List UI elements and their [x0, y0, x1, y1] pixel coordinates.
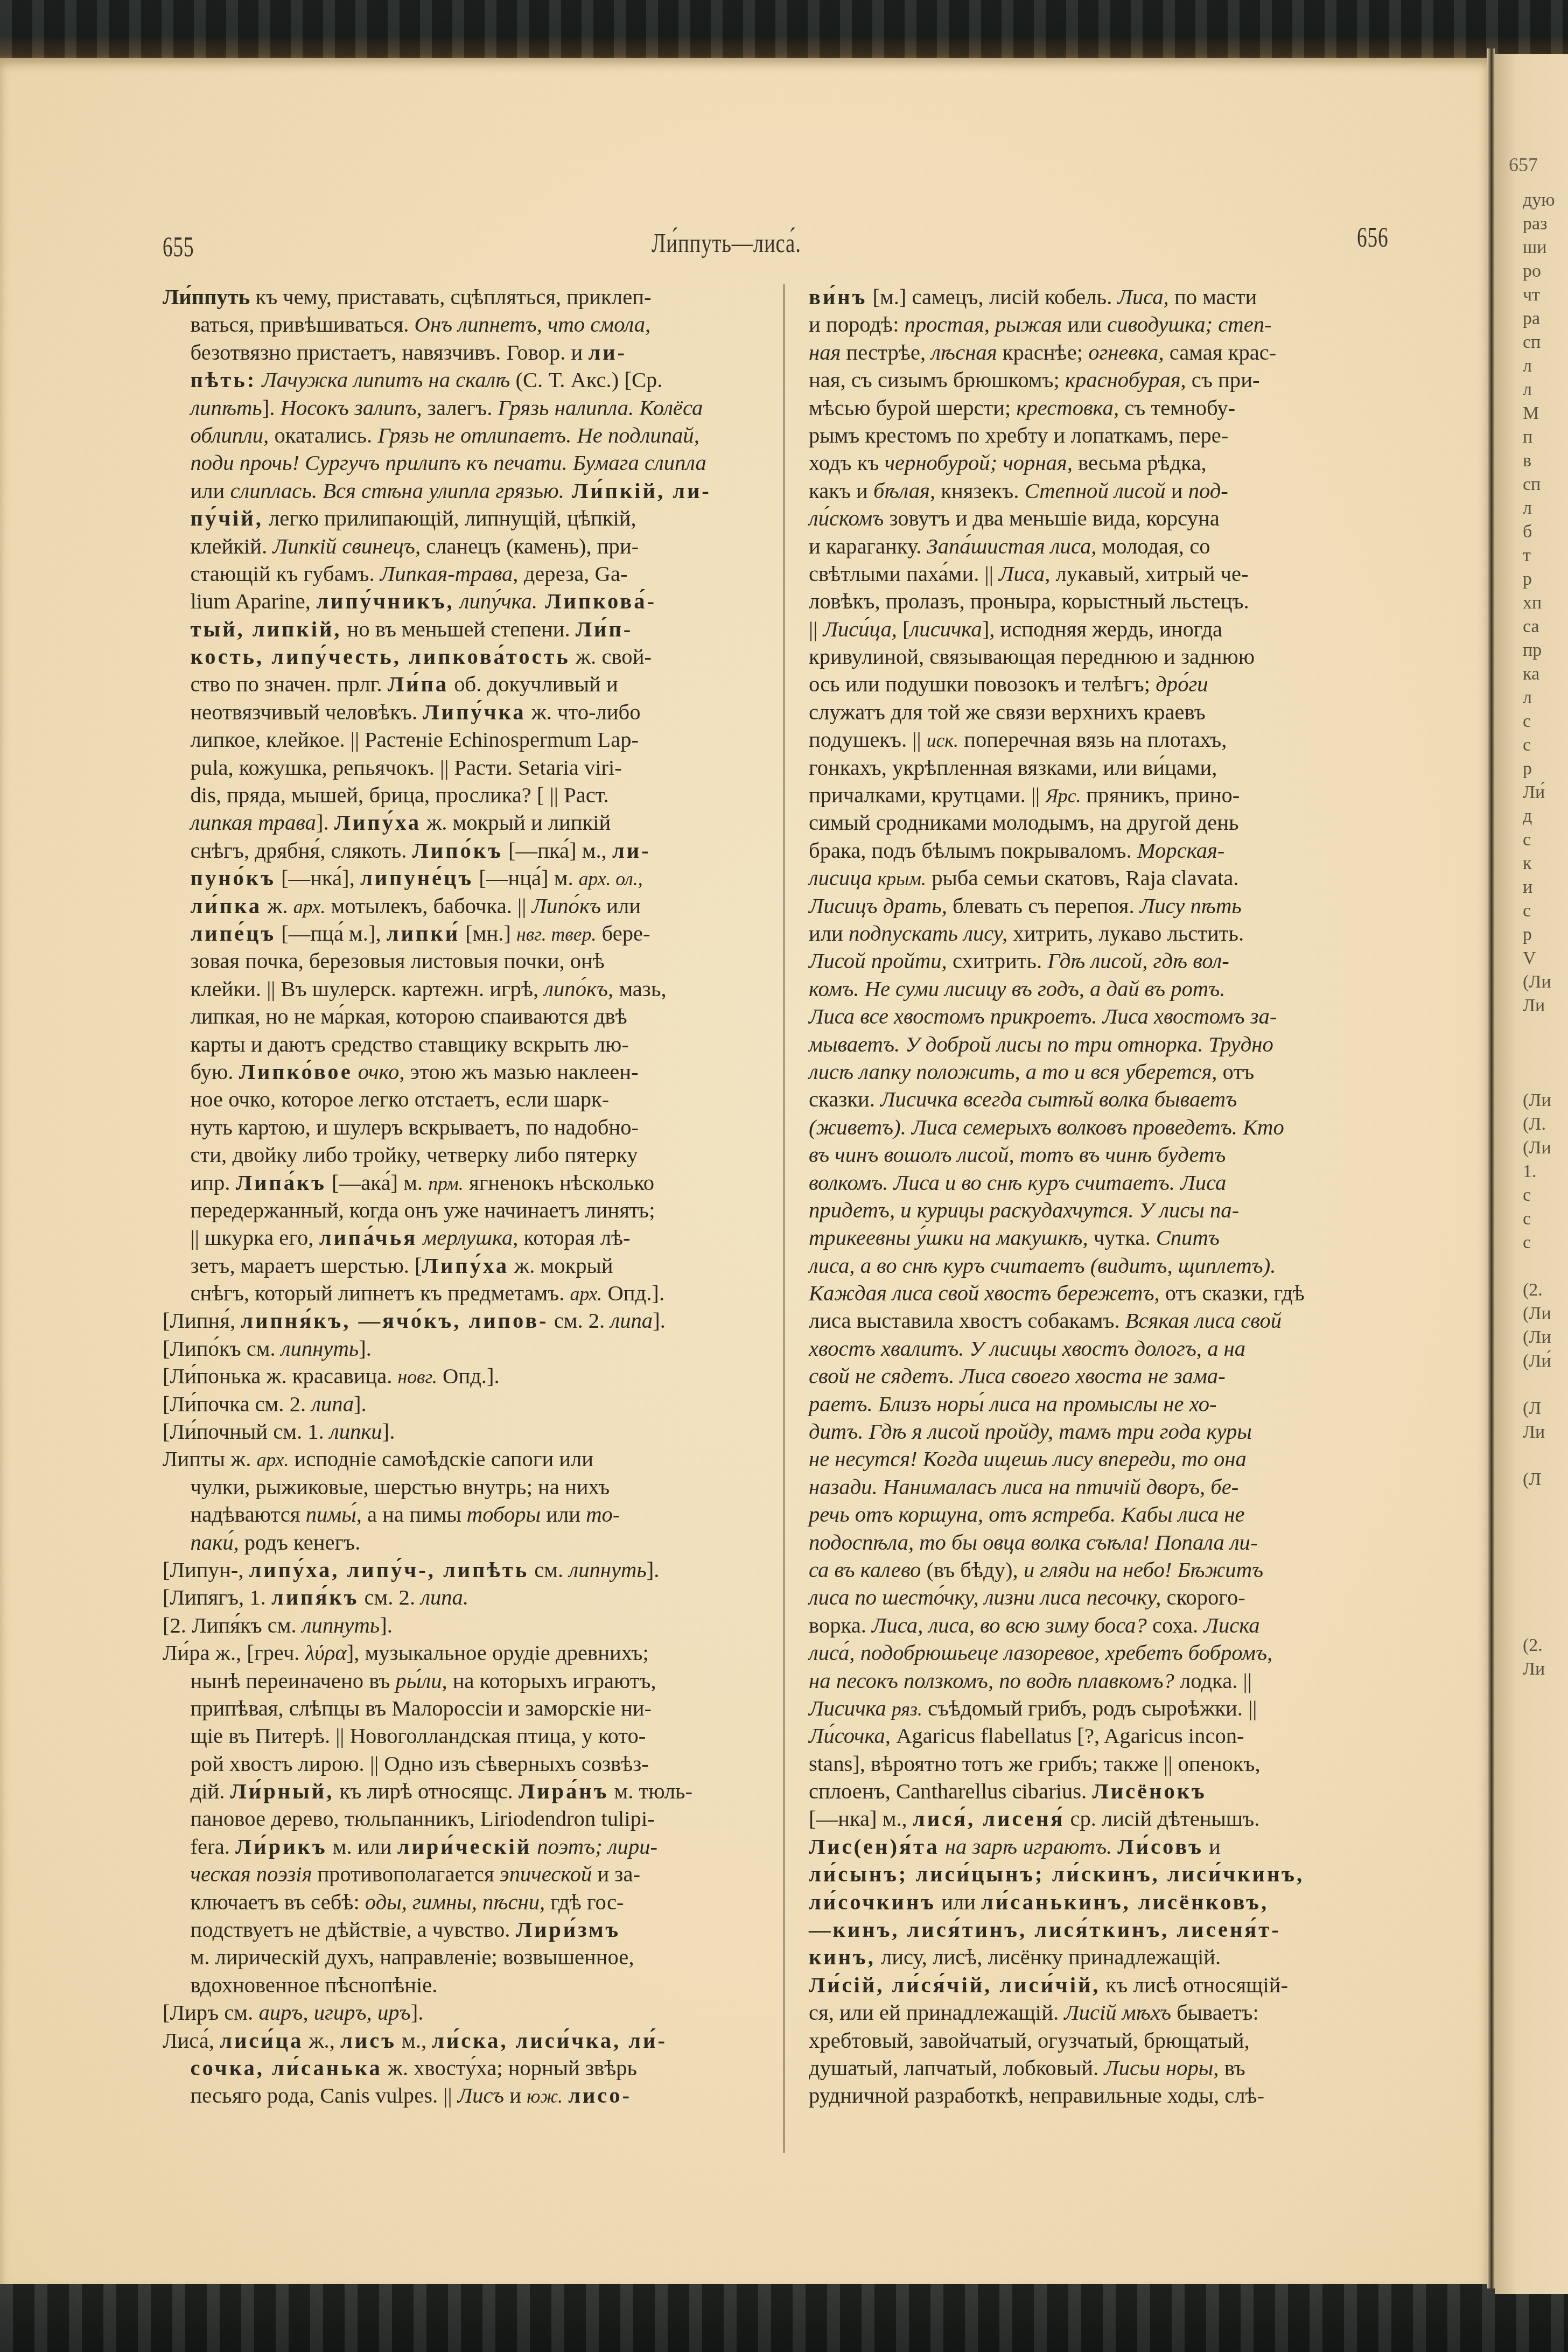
column-divider — [783, 284, 785, 2153]
adjacent-page-fragment: в — [1523, 449, 1555, 473]
body-text: [—пца́ м.], — [276, 921, 387, 946]
body-text: подствуетъ не дѣйствіе, а чувство. — [191, 1917, 516, 1942]
adjacent-page-fragment: б — [1523, 520, 1555, 544]
text-line: липкая трава]. Липу́ха ж. мокрый и липкі… — [163, 809, 788, 836]
body-text: Опд.]. — [437, 1363, 500, 1388]
adjacent-page-fragment: сп — [1523, 331, 1555, 354]
italic-text: то- — [586, 1502, 620, 1527]
italic-text: арх. — [570, 1283, 603, 1305]
body-text: соха. — [1147, 1613, 1204, 1637]
body-text: мѣсью бурой шерсти; — [809, 395, 1016, 420]
headword: —кинъ, лися́тинъ, лися́ткинъ, лисеня́т- — [809, 1917, 1281, 1942]
adjacent-page-fragment — [1523, 1492, 1555, 1515]
headword: липа́чья — [319, 1225, 417, 1250]
text-line: раетъ. Близъ норы́ лиса на промыслы не х… — [809, 1390, 1406, 1418]
body-text: ср. лисій дѣтенышъ. — [1065, 1806, 1259, 1831]
body-text: весьма рѣдка, — [1073, 450, 1207, 475]
headword: Липко́вое — [239, 1059, 353, 1084]
headword: ли́пка — [191, 893, 262, 918]
text-line: карты и даютъ средство ставщику вскрыть … — [163, 1031, 788, 1058]
body-text: и — [1203, 1834, 1221, 1859]
headword: Ли́пкій, ли- — [564, 478, 711, 503]
body-text: на которыхъ играютъ, — [447, 1668, 656, 1693]
text-line: Лисой пройти, схитрить. Гдѣ лисой, гдѣ в… — [809, 947, 1406, 975]
text-line: Липты ж. арх. исподніе самоѣдскіе сапоги… — [163, 1445, 760, 1473]
italic-text: ли́скомъ — [809, 506, 884, 530]
italic-text: ная — [809, 340, 841, 365]
body-text: [Ли́почка см. 2. — [163, 1391, 311, 1416]
italic-text: арх. — [257, 1449, 289, 1471]
body-text: [—нка́], — [276, 865, 360, 890]
adjacent-page-fragment: Ли — [1523, 994, 1555, 1018]
italic-text: волкомъ. Лиса и во снѣ куръ считаетъ. Ли… — [809, 1170, 1226, 1195]
italic-text: Гдѣ лисой, гдѣ вол- — [1047, 948, 1229, 973]
italic-text: Лиса, — [999, 561, 1050, 586]
text-line: сти, двойку либо тройку, четверку либо п… — [163, 1141, 788, 1168]
page-number-left: 655 — [163, 232, 194, 263]
italic-text: прм. — [428, 1173, 464, 1194]
italic-text: липкая трава — [191, 810, 316, 835]
text-line: душатый, лапчатый, лобковый. Лисьи норы,… — [809, 2054, 1406, 2082]
italic-text: Каждая лиса свой хвостъ бережетъ, — [809, 1280, 1160, 1305]
italic-text: дро́ги — [1156, 671, 1208, 696]
body-text: бере- — [596, 921, 650, 946]
body-text: [Липня́, — [163, 1308, 241, 1333]
body-text: (въ бѣду), — [921, 1557, 1024, 1582]
text-line: облипли, окатались. Грязь не отлипаетъ. … — [163, 422, 788, 449]
body-text: ]. — [359, 1336, 372, 1361]
text-line: лиса, а во снѣ куръ считаетъ (видитъ, щи… — [809, 1252, 1406, 1279]
text-line: дитъ. Гдѣ я лисой пройду, тамъ три года … — [809, 1418, 1406, 1445]
body-text: или — [936, 1889, 981, 1914]
italic-text: свой не сядетъ. Лиса своего хвоста не за… — [809, 1363, 1226, 1388]
adjacent-page-fragment: (2. — [1523, 1634, 1555, 1657]
italic-text: огневка, — [1088, 340, 1164, 365]
italic-text: Лисичка — [809, 1696, 886, 1720]
headword: Ли́па — [388, 671, 449, 696]
italic-text: новг. — [398, 1366, 437, 1388]
body-text: а на пимы — [362, 1502, 467, 1527]
body-text: хребтовый, завойчатый, огузчатый, брющат… — [809, 2028, 1250, 2053]
body-text: дій. — [191, 1779, 230, 1803]
italic-text: лисѣ лапку положить, а то и вся уберется… — [809, 1059, 1217, 1084]
body-text: или — [191, 478, 230, 503]
body-text — [353, 1059, 358, 1084]
text-line: [Ли́почный см. 1. липки]. — [163, 1418, 760, 1445]
italic-text: Лиса, лиса, во всю зиму боса? — [872, 1613, 1147, 1637]
body-text: см. 2. — [359, 1585, 421, 1609]
italic-text: липнуть — [281, 1336, 359, 1361]
text-line: и породѣ: простая, рыжая или сиводушка; … — [809, 311, 1406, 338]
headword: Ли́совъ — [1117, 1834, 1203, 1859]
adjacent-page-fragment — [1523, 1041, 1555, 1065]
adjacent-page-fragment: сп — [1523, 473, 1555, 496]
headword: липуне́цъ — [360, 865, 473, 890]
body-text — [940, 1834, 945, 1859]
text-line: м. лирическій духъ, направленіе; возвыше… — [163, 1943, 788, 1971]
text-line: песьяго рода, Canis vulpes. || Лисъ и юж… — [163, 2082, 788, 2109]
italic-text: подпускать лису, — [849, 921, 1007, 946]
page-header: 655 Ли́ппуть—лиса́. 656 — [0, 220, 1487, 263]
text-line: ная, съ сизымъ брюшкомъ; краснобурая, съ… — [809, 366, 1406, 394]
body-text: [—нка] м., — [809, 1806, 913, 1831]
text-line: снѣгъ, дрябня́, слякоть. Липо́къ [—пка́]… — [163, 837, 788, 864]
body-text: м., — [396, 2028, 432, 2053]
body-text: пестрѣе, — [841, 340, 931, 365]
adjacent-page-fragment — [1523, 1563, 1555, 1586]
body-text: припѣвая, слѣпцы въ Малороссіи и заморск… — [191, 1696, 652, 1720]
text-line: ческая поэзія противополагается эпическо… — [163, 1860, 788, 1888]
text-line: свой не сядетъ. Лиса своего хвоста не за… — [809, 1362, 1406, 1390]
body-text: и породѣ: — [809, 312, 905, 337]
italic-text: Спитъ — [1156, 1225, 1220, 1250]
body-text: щіе въ Питерѣ. || Новоголландская птица,… — [191, 1723, 646, 1748]
italic-text: крым. — [878, 868, 926, 890]
text-line: [Липо́къ см. липнуть]. — [163, 1335, 760, 1362]
body-text: dis, пряда, мышей, брица, прослика? [ ||… — [191, 782, 609, 807]
text-line: Ли́ппуть къ чему, приставать, сцѣпляться… — [163, 283, 760, 311]
adjacent-page-number: 657 — [1509, 153, 1538, 176]
adjacent-page-fragment: ка — [1523, 662, 1555, 686]
body-text: ипр. — [191, 1170, 236, 1195]
text-line: лисѣ лапку положить, а то и вся уберется… — [809, 1058, 1406, 1086]
body-text: Липты ж. — [163, 1446, 257, 1471]
italic-text: Грязь налипла. Колёса — [498, 395, 703, 420]
body-text: гонкахъ, укрѣпленная вязками, или ви́цам… — [809, 755, 1217, 780]
italic-text: (живетъ). Лиса семерыхъ волковъ проведет… — [809, 1115, 1284, 1139]
text-line: бую. Липко́вое очко, этою жъ мазью накле… — [163, 1058, 788, 1086]
body-text: пряникъ, прино- — [1081, 782, 1240, 807]
headword: Ли́п- — [576, 617, 633, 641]
body-text: ], исподняя жердь, иногда — [982, 617, 1222, 641]
italic-text: поэтъ; лири- — [537, 1834, 657, 1859]
adjacent-page-fragment — [1523, 1018, 1555, 1041]
body-text: отъ — [1217, 1059, 1254, 1084]
body-text: бываетъ: — [1171, 2000, 1259, 2025]
italic-text: эпической — [500, 1861, 592, 1886]
left-column: Ли́ппуть къ чему, приставать, сцѣпляться… — [163, 283, 766, 2110]
adjacent-page-fragment: ра — [1523, 307, 1555, 331]
text-line: ная пестрѣе, лѣсная краснѣе; огневка, са… — [809, 339, 1406, 366]
text-line: трикеевны у́шки на макушкѣ, чутка. Спитъ — [809, 1224, 1406, 1251]
body-text — [886, 1696, 892, 1720]
text-line: подствуетъ не дѣйствіе, а чувство. Лири́… — [163, 1916, 788, 1943]
italic-text: крестовка, — [1016, 395, 1119, 420]
text-line: служатъ для той же связи верхнихъ краевъ — [809, 698, 1406, 726]
body-text: краснѣе; — [997, 340, 1089, 365]
headword: лиси́ца — [220, 2028, 303, 2053]
adjacent-page-fragment: с — [1523, 828, 1555, 852]
headword: кинъ, — [809, 1944, 876, 1969]
body-text: противополагается — [312, 1861, 499, 1886]
italic-text: бѣлая, — [873, 478, 935, 503]
body-text: самая крас- — [1164, 340, 1277, 365]
adjacent-page-fragments: дуюразширочтраспллМпвсплбтрхпсапркалссрЛ… — [1523, 188, 1555, 1681]
italic-text: речь отъ коршуна, отъ ястреба. Кабы лиса… — [809, 1502, 1244, 1527]
body-text: свѣтлыми паха́ми. || — [809, 561, 999, 586]
text-line: пѣть: Лачужка липитъ на скалѣ (С. Т. Акс… — [163, 366, 788, 394]
italic-text: липу́чка. — [460, 589, 537, 613]
body-text: и за- — [592, 1861, 640, 1886]
headword: липу́чникъ, — [316, 589, 454, 613]
headword: лири́ческій — [397, 1834, 531, 1859]
headword: ли́сочкинъ — [809, 1889, 936, 1914]
adjacent-page-fragment: са — [1523, 615, 1555, 639]
body-text: || — [809, 617, 823, 641]
italic-text: лѣсная — [931, 340, 997, 365]
body-text: липкая, но не ма́ркая, которою спаиваютс… — [191, 1004, 627, 1028]
headword: Липо́къ — [412, 838, 503, 863]
italic-text: Онъ липнетъ, что смола, — [415, 312, 651, 337]
body-text: отъ сказки, гдѣ — [1160, 1280, 1305, 1305]
body-text: и — [1166, 478, 1188, 503]
adjacent-page-fragment: (Ли — [1523, 1089, 1555, 1112]
adjacent-page-fragment: Ли́ — [1523, 781, 1555, 804]
adjacent-page-fragment — [1523, 1515, 1555, 1539]
italic-text: подоспѣла, то бы овца волка съѣла! Попал… — [809, 1530, 1257, 1555]
text-line: ходъ къ чернобурой; чорная, весьма рѣдка… — [809, 449, 1406, 477]
headword: пу́чій, — [191, 506, 263, 530]
text-line: передержанный, когда онъ уже начинаетъ л… — [163, 1196, 788, 1224]
body-text: сказки. — [809, 1087, 880, 1111]
text-line: и караганку. Запа́шистая лиса, молодая, … — [809, 533, 1406, 560]
italic-text: слиплась. Вся стѣна улипла грязью. — [230, 478, 564, 503]
body-text: снѣгъ, дрябня́, слякоть. — [191, 838, 412, 863]
text-line: лиса по шесто́чку, лизни лиса песочку, с… — [809, 1584, 1406, 1611]
body-text: и караганку. — [809, 534, 927, 558]
body-text: [—ака́] м. — [326, 1170, 428, 1195]
body-text: см. — [529, 1557, 569, 1582]
headword: пѣть: — [191, 367, 257, 392]
adjacent-page-fragment: ши — [1523, 236, 1555, 260]
adjacent-page-fragment: (Л. — [1523, 1112, 1555, 1136]
text-line: —кинъ, лися́тинъ, лися́ткинъ, лисеня́т- — [809, 1916, 1406, 1943]
adjacent-page-fragment: Ли — [1523, 1657, 1555, 1681]
scan-background-bottom — [0, 2283, 1568, 2352]
body-text: или — [541, 1502, 586, 1527]
italic-text: λύρα — [305, 1640, 347, 1665]
body-text: [м.] самецъ, лисій кобель. — [867, 284, 1117, 309]
text-line: ви́нъ [м.] самецъ, лисій кобель. Лиса, п… — [809, 283, 1406, 311]
italic-text: оды, гимны, пѣсни, — [365, 1889, 545, 1914]
body-text: м. тюль- — [608, 1779, 692, 1803]
italic-text: липо́къ, — [544, 976, 613, 1001]
headword: липя́къ — [271, 1585, 359, 1609]
adjacent-page-fragment — [1523, 1610, 1555, 1634]
body-text: съ при- — [1186, 367, 1260, 392]
body-text: надѣваются — [191, 1502, 306, 1527]
text-line: кинъ, лису, лисѣ, лисёнку принадлежащій. — [809, 1943, 1406, 1971]
italic-text: липѣть — [191, 395, 262, 420]
italic-text: мываетъ. У доброй лисы по три отнорка. Т… — [809, 1032, 1273, 1056]
text-line: Каждая лиса свой хвостъ бережетъ, отъ ск… — [809, 1279, 1406, 1307]
body-text: передержанный, когда онъ уже начинаетъ л… — [191, 1198, 655, 1222]
body-text — [531, 1834, 537, 1859]
body-text: ж. хвосту́ха; норный звѣрь — [382, 2055, 637, 2080]
italic-text: Ярс. — [1045, 785, 1081, 807]
italic-text: под- — [1188, 478, 1228, 503]
headword: Ли́сій, ли́ся́чій, лиси́чій, — [809, 1972, 1100, 1997]
text-line: Лиса все хвостомъ прикроетъ. Лиса хвосто… — [809, 1003, 1406, 1030]
body-text: снѣгъ, который липнетъ къ предметамъ. — [191, 1280, 570, 1305]
headword: ли́санькинъ, лисёнковъ, — [981, 1889, 1269, 1914]
body-text: родъ кенегъ. — [239, 1530, 361, 1555]
body-text: || шкурка его, — [191, 1225, 319, 1250]
body-text: ворка. — [809, 1613, 872, 1637]
body-text: нуть картою, и шулеръ вскрываетъ, по над… — [191, 1115, 639, 1139]
text-line: липе́цъ [—пца́ м.], липки́ [мн.] нвг. тв… — [163, 920, 788, 947]
body-text: ная, съ сизымъ брюшкомъ; — [809, 367, 1065, 392]
body-text: схитрить. — [947, 948, 1048, 973]
text-line: хвостъ хвалитъ. У лисицы хвостъ дологъ, … — [809, 1335, 1406, 1362]
italic-text: Лиска — [1203, 1613, 1259, 1637]
body-text: рой хвостъ лирою. || Одно изъ сѣверныхъ … — [191, 1751, 649, 1776]
body-text: хитрить, лукаво льстить. — [1007, 921, 1244, 946]
body-text: брака, подъ бѣлымъ покрываломъ. — [809, 838, 1137, 863]
headword: Лира́нъ — [519, 1779, 608, 1803]
text-line: [Ли́почка см. 2. липа]. — [163, 1390, 760, 1418]
text-line: назади. Нанималась лиса на птичій дворъ,… — [809, 1473, 1406, 1501]
body-text: залегъ. — [422, 395, 498, 420]
body-text: окатались. — [269, 423, 377, 447]
text-line: сказки. Лисичка всегда сытѣй волка бывае… — [809, 1086, 1406, 1113]
italic-text: хвостъ хвалитъ. У лисицы хвостъ дологъ, … — [809, 1336, 1245, 1361]
body-text: причалками, крутцами. || — [809, 782, 1045, 807]
body-text: ]. — [382, 1419, 395, 1444]
body-text: ж. мокрый — [509, 1253, 613, 1278]
text-line: кость, липу́честь, липкова́тость ж. свой… — [163, 643, 788, 670]
text-line: пановое дерево, тюльпанникъ, Liriodendro… — [163, 1805, 788, 1832]
italic-text: лиса по шесто́чку, лизни лиса песочку, — [809, 1585, 1161, 1609]
running-title: Ли́ппуть—лиса́. — [652, 227, 801, 258]
body-text: чулки, рыжиковые, шерстью внутрь; на них… — [191, 1474, 610, 1499]
body-text: чутка. — [1088, 1225, 1156, 1250]
text-line: клейки. || Въ шулерск. картежн. игрѣ, ли… — [163, 975, 788, 1003]
body-text: (С. Т. Акс.) [Ср. — [510, 367, 662, 392]
body-text: легко прилипающій, липнущій, цѣпкій, — [263, 506, 636, 530]
headword: сочка, ли́санька — [191, 2055, 382, 2080]
text-line: ипр. Липа́къ [—ака́] м. прм. ягненокъ нѣ… — [163, 1169, 788, 1196]
body-text: fera. — [191, 1834, 235, 1859]
text-line: тый, липкій, но въ меньшей степени. Ли́п… — [163, 615, 788, 643]
text-line: ось или подушки повозокъ и телѣгъ; дро́г… — [809, 670, 1406, 698]
italic-text: липнуть — [302, 1613, 380, 1637]
text-line: пуно́къ [—нка́], липуне́цъ [—нца́] м. ар… — [163, 864, 788, 892]
italic-text: лиса, а во снѣ куръ считаетъ (видитъ, щи… — [809, 1253, 1276, 1278]
italic-text: лисица — [809, 865, 872, 890]
body-text: клейки. || Въ шулерск. картежн. игрѣ, — [191, 976, 544, 1001]
italic-text: липа — [610, 1308, 653, 1333]
body-text: неотвязчивый человѣкъ. — [191, 699, 423, 724]
body-text: Лиса́, — [163, 2028, 220, 2053]
right-column: ви́нъ [м.] самецъ, лисій кобель. Лиса, п… — [809, 283, 1412, 2110]
italic-text: на зарѣ играютъ. — [945, 1834, 1112, 1859]
italic-text: придетъ, и курицы раскудахчутся. У лисы … — [809, 1198, 1239, 1222]
body-text: къ лисѣ относящій- — [1100, 1972, 1288, 1997]
text-line: придетъ, и курицы раскудахчутся. У лисы … — [809, 1196, 1406, 1224]
body-text: ж. свой- — [570, 644, 652, 669]
body-text: вдохновенное пѣснопѣніе. — [191, 1972, 438, 1997]
italic-text: ры́ли, — [396, 1668, 447, 1693]
text-line: лиса выставила хвостъ собакамъ. Всякая л… — [809, 1307, 1406, 1334]
text-line: какъ и бѣлая, князекъ. Степной лисой и п… — [809, 477, 1406, 505]
italic-text: юж. — [527, 2085, 563, 2107]
adjacent-page-fragment: (Л — [1523, 1397, 1555, 1420]
text-line: липкое, клейкое. || Растеніе Echinosperm… — [163, 726, 788, 753]
headword: ви́нъ — [809, 284, 867, 309]
italic-text: не несутся! Когда ищешь лису впереди, то… — [809, 1446, 1247, 1471]
body-text: лодка. || — [1174, 1668, 1252, 1693]
italic-text: липки — [330, 1419, 382, 1444]
text-line: Ли́ра ж., [греч. λύρα], музыкальное оруд… — [163, 1639, 760, 1667]
headword: липу́ха, липу́ч-, липѣть — [249, 1557, 529, 1582]
italic-text: чернобурой; чорная, — [885, 450, 1073, 475]
adjacent-page-fragment: (Ли — [1523, 970, 1555, 994]
body-text: ]. — [653, 1308, 666, 1333]
text-line: надѣваются пимы́, а на пимы тоборы или т… — [163, 1501, 788, 1528]
adjacent-page-fragment: с — [1523, 710, 1555, 733]
text-line: рымъ крестомъ по хребту и лопаткамъ, пер… — [809, 422, 1406, 449]
italic-text: Лисій мѣхъ — [1064, 2000, 1171, 2025]
body-text: но въ меньшей степени. — [341, 617, 575, 641]
text-line: Ли́сочка, Agaricus flabellatus [?, Agari… — [809, 1722, 1406, 1749]
body-text: Agaricus flabellatus [?, Agaricus incon- — [891, 1723, 1244, 1748]
adjacent-page-fragment: д — [1523, 804, 1555, 828]
adjacent-page-fragment: хп — [1523, 591, 1555, 615]
italic-text: назади. Нанималась лиса на птичій дворъ,… — [809, 1474, 1238, 1499]
text-line: подоспѣла, то бы овца волка съѣла! Попал… — [809, 1529, 1406, 1556]
body-text: служатъ для той же связи верхнихъ краевъ — [809, 699, 1206, 724]
body-text: князекъ. — [935, 478, 1024, 503]
body-text — [872, 865, 878, 890]
adjacent-page-fragment: л — [1523, 496, 1555, 520]
body-text: липкое, клейкое. || Растеніе Echinosperm… — [191, 727, 639, 752]
headword: Липкова́- — [537, 589, 656, 613]
body-text: зовая почка, березовыя листовыя почки, о… — [191, 948, 605, 973]
body-text: съѣдомый грибъ, родъ сыроѣжки. || — [922, 1696, 1257, 1720]
headword: Лири́змъ — [516, 1917, 621, 1942]
body-text: ловѣкъ, пролазъ, проныра, корыстный льст… — [809, 589, 1249, 613]
body-text: сти, двойку либо тройку, четверку либо п… — [191, 1142, 638, 1167]
body-text: которая лѣ- — [518, 1225, 630, 1250]
text-line: лиса́, подобрюшьеце лазоревое, хребетъ б… — [809, 1639, 1406, 1667]
italic-text: тоборы — [467, 1502, 541, 1527]
text-line: или подпускать лису, хитрить, лукаво льс… — [809, 920, 1406, 947]
headword: липки́ — [387, 921, 460, 946]
adjacent-page-fragment: (Ли́ — [1523, 1349, 1555, 1373]
italic-text: сиводушка; степ- — [1107, 312, 1271, 337]
italic-text: липнуть — [569, 1557, 646, 1582]
body-text: ж., — [303, 2028, 340, 2053]
italic-text: Запа́шистая лиса, — [927, 534, 1097, 558]
body-text: и — [504, 2083, 527, 2108]
headword: тый, липкій, — [191, 617, 342, 641]
headword: лисо- — [568, 2083, 632, 2108]
italic-text: ряз. — [892, 1698, 922, 1720]
italic-text: липа. — [421, 1585, 468, 1609]
body-text: поперечная вязь на плотахъ, — [958, 727, 1227, 752]
body-text: ]. — [647, 1557, 660, 1582]
text-line: брака, подъ бѣлымъ покрываломъ. Морская- — [809, 837, 1406, 864]
body-text: исподніе самоѣдскіе сапоги или — [289, 1446, 593, 1471]
adjacent-page-fragment: V — [1523, 947, 1555, 970]
body-text: блевать съ перепоя. — [947, 893, 1140, 918]
italic-text: трикеевны у́шки на макушкѣ, — [809, 1225, 1088, 1250]
body-text: песьяго рода, Canis vulpes. || — [191, 2083, 458, 2108]
italic-text: Лиса, — [1117, 284, 1168, 309]
body-text: [—нца́] м. — [473, 865, 579, 890]
headword: ли́ска, лиси́чка, ли́- — [432, 2028, 667, 2053]
